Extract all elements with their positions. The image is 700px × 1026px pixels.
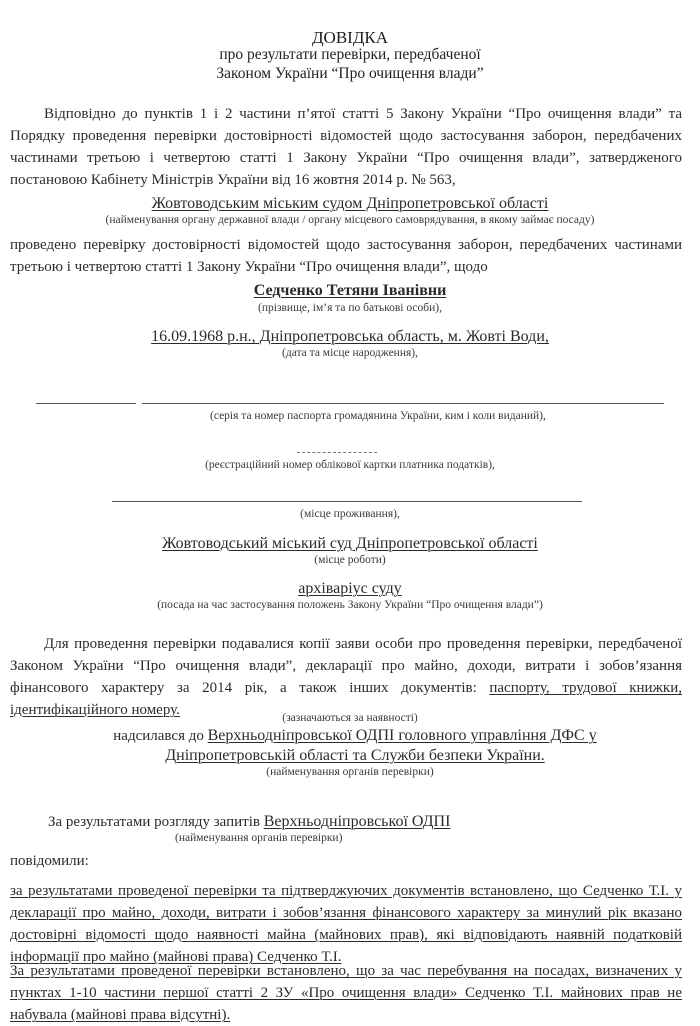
person-hint: (прізвище, ім’я та по батькові особи),	[0, 302, 700, 314]
workplace-value: Жовтоводський міський суд Дніпропетровсь…	[162, 535, 538, 552]
results-hint: (найменування органів перевірки)	[175, 832, 342, 844]
documents-hint: (зазначаються за наявності)	[0, 712, 700, 724]
sent-to-hint: (найменування органів перевірки)	[0, 766, 700, 778]
authority-value: Жовтоводським міським судом Дніпропетров…	[152, 195, 549, 212]
sent-to-value: Верхньодніпровської ОДПІ головного управ…	[165, 727, 596, 764]
workplace-hint: (місце роботи)	[0, 554, 700, 566]
passport-redacted-line	[142, 403, 664, 404]
residence-hint: (місце проживання),	[0, 508, 700, 520]
document-subtitle-line1: про результати перевірки, передбаченої	[0, 45, 700, 64]
intro-paragraph: Відповідно до пунктів 1 і 2 частини п’ят…	[10, 103, 682, 191]
birth-value: 16.09.1968 р.н., Дніпропетровська област…	[151, 328, 549, 345]
results-paragraph: За результатами розгляду запитів Верхньо…	[48, 813, 450, 831]
authority-hint: (найменування органу державної влади / о…	[0, 214, 700, 226]
birth-hint: (дата та місце народження),	[0, 347, 700, 359]
position-hint: (посада на час застосування положень Зак…	[0, 599, 700, 611]
documents-paragraph: Для проведення перевірки подавалися копі…	[10, 633, 682, 721]
document-subtitle-line2: Законом України “Про очищення влади”	[0, 64, 700, 83]
finding-2: За результатами проведеної перевірки вст…	[10, 960, 682, 1026]
results-value: Верхньодніпровської ОДПІ	[264, 813, 451, 830]
passport-hint: (серія та номер паспорта громадянина Укр…	[210, 410, 546, 422]
check-paragraph: проведено перевірку достовірності відомо…	[10, 234, 682, 278]
results-prefix: За результатами розгляду запитів	[48, 814, 264, 830]
person-name: Седченко Тетяни Іванівни	[254, 282, 447, 299]
reported-label: повідомили:	[10, 853, 89, 870]
passport-redacted-line-left	[36, 403, 136, 404]
residence-redacted-line	[112, 501, 582, 502]
finding-1: за результатами проведеної перевірки та …	[10, 880, 682, 968]
sent-to-prefix: надсилався до	[113, 728, 207, 744]
tax-number-hint: (реєстраційний номер облікової картки пл…	[0, 459, 700, 471]
tax-number-redacted-line	[297, 452, 377, 453]
sent-to-paragraph: надсилався до Верхньодніпровської ОДПІ г…	[60, 726, 650, 766]
position-value: архіваріус суду	[298, 580, 402, 597]
